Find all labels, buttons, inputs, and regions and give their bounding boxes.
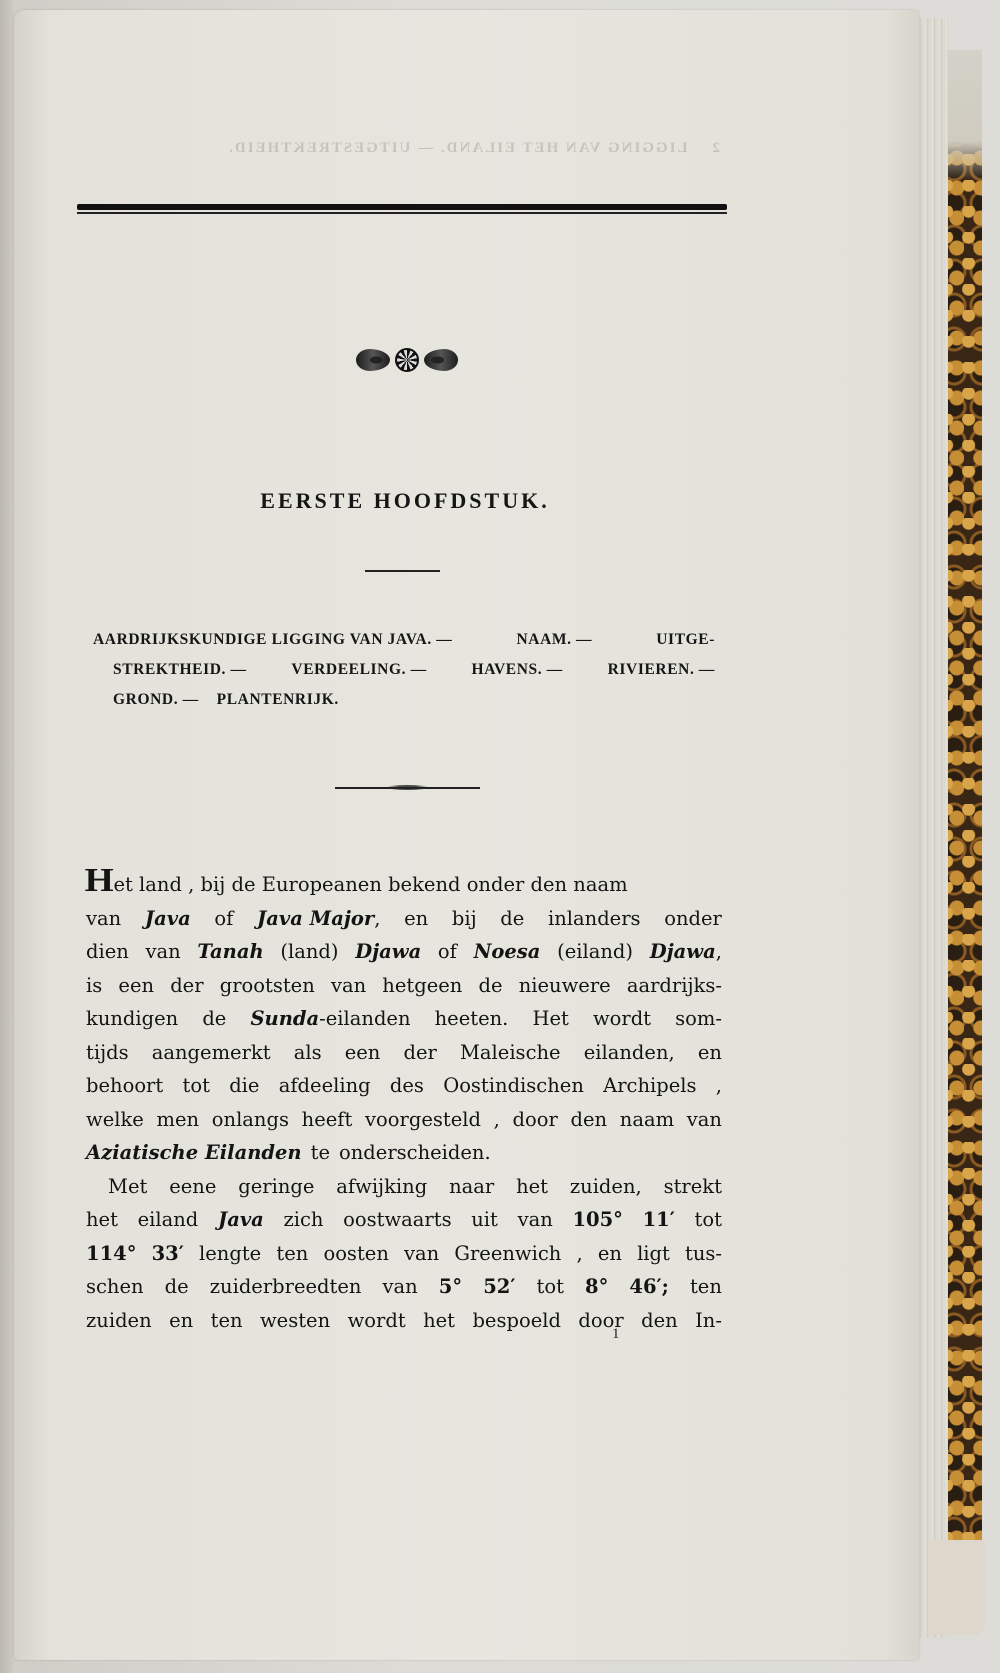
word: onlangs: [212, 1103, 289, 1137]
body-line: kundigendeSunda-eilandenheeten.Hetwordts…: [86, 1002, 722, 1036]
word: en: [404, 902, 428, 936]
word: van: [518, 1203, 553, 1237]
word: ten: [690, 1270, 722, 1304]
word: 114°: [86, 1237, 136, 1271]
rosette-ornament-icon: [395, 348, 419, 372]
word: naam: [620, 1103, 674, 1137]
summary-item: VERDEELING. —: [291, 655, 426, 685]
word: eene: [169, 1170, 216, 1204]
word: ligt: [637, 1237, 670, 1271]
word: Oostindischen: [443, 1069, 584, 1103]
word: heeft: [302, 1103, 353, 1137]
summary-item: PLANTENRIJK.: [217, 691, 339, 708]
facing-page-edge: [0, 0, 14, 1673]
word: van: [146, 935, 181, 969]
word: nieuwere: [519, 969, 611, 1003]
summary-item: STREKTHEID. —: [113, 655, 247, 685]
cover-flyleaf-bottom: [930, 1540, 985, 1635]
italic-term: Aziatische Eilanden: [86, 1136, 302, 1170]
word: aardrijks-: [627, 969, 722, 1003]
word: de: [500, 902, 524, 936]
summary-item: AARDRIJKSKUNDIGE LIGGING VAN JAVA. —: [93, 625, 452, 655]
word: zich: [283, 1203, 323, 1237]
body-line: zuidenentenwestenwordthetbespoelddoorden…: [86, 1304, 722, 1338]
word: ,: [576, 1237, 582, 1271]
italic-term: Tanah: [197, 935, 263, 969]
word: ten: [211, 1304, 243, 1338]
word: oosten: [323, 1237, 388, 1271]
word: van: [86, 902, 121, 936]
word: van: [404, 1237, 439, 1271]
body-line: tijdsaangemerktalseenderMaleischeeilande…: [86, 1036, 722, 1070]
word: der: [403, 1036, 436, 1070]
word: afdeeling: [279, 1069, 371, 1103]
body-line: Aziatische Eilandenteonderscheiden.: [86, 1136, 722, 1170]
word: tot: [537, 1270, 564, 1304]
body-line: vanJavaofJava Major,enbijdeinlandersonde…: [86, 902, 722, 936]
word: bij: [452, 902, 477, 936]
word: 33′: [152, 1237, 184, 1271]
word: en: [698, 1036, 722, 1070]
word: (eiland): [557, 935, 633, 969]
section-divider: [335, 785, 480, 791]
body-line: dienvanTanah(land)DjawaofNoesa(eiland)Dj…: [86, 935, 722, 969]
word: van: [331, 969, 366, 1003]
show-through-running-head: 2 LIGGING VAN HET EILAND. — UITGESTREKTH…: [140, 140, 720, 157]
word: schen: [86, 1270, 144, 1304]
word: kundigen: [86, 1002, 178, 1036]
word: geringe: [238, 1170, 314, 1204]
word: des: [390, 1069, 424, 1103]
body-line-text: et land , bij de Europeanen bekend onder…: [113, 873, 627, 896]
word: 52′: [483, 1270, 515, 1304]
word: en: [169, 1304, 193, 1338]
word: der: [170, 969, 203, 1003]
word: of: [438, 935, 457, 969]
word: eilanden,: [584, 1036, 675, 1070]
word: ten: [276, 1237, 308, 1271]
word: het: [423, 1304, 455, 1338]
body-line: behoorttotdieafdeelingdesOostindischenAr…: [86, 1069, 722, 1103]
body-line: schendezuiderbreedtenvan5°52′tot8°46′;te…: [86, 1270, 722, 1304]
word: westen: [260, 1304, 330, 1338]
word: van: [383, 1270, 418, 1304]
word: onder: [664, 902, 722, 936]
word: 11′: [643, 1203, 675, 1237]
word: 105°: [572, 1203, 622, 1237]
word: behoort: [86, 1069, 163, 1103]
word: te: [311, 1136, 330, 1170]
summary-item: NAAM. —: [516, 625, 592, 655]
summary-item: UITGE-: [656, 625, 715, 655]
italic-term: Djawa: [355, 935, 421, 969]
word: dien: [86, 935, 129, 969]
word: onderscheiden.: [339, 1136, 491, 1170]
word: voorgesteld: [365, 1103, 481, 1137]
word: als: [294, 1036, 322, 1070]
word: 46′;: [629, 1270, 668, 1304]
word: oostwaarts: [343, 1203, 451, 1237]
italic-term: Java: [145, 902, 191, 936]
chapter-summary: AARDRIJKSKUNDIGE LIGGING VAN JAVA. — NAA…: [93, 625, 715, 715]
summary-item: RIVIEREN. —: [608, 655, 715, 685]
word: aangemerkt: [152, 1036, 271, 1070]
word: het: [516, 1170, 548, 1204]
heading-divider: [365, 570, 440, 572]
body-line: iseendergrootstenvanhetgeendenieuwereaar…: [86, 969, 722, 1003]
word: uit: [471, 1203, 498, 1237]
word: Het: [532, 1002, 568, 1036]
italic-term: Java Major,: [257, 902, 380, 936]
word: heeten.: [435, 1002, 509, 1036]
word: of: [214, 902, 233, 936]
book-page: [14, 10, 919, 1660]
word: som-: [675, 1002, 722, 1036]
summary-line: AARDRIJKSKUNDIGE LIGGING VAN JAVA. — NAA…: [93, 625, 715, 655]
body-text: Het land , bij de Europeanen bekend onde…: [86, 868, 722, 1337]
word: tus-: [685, 1237, 722, 1271]
word: strekt: [664, 1170, 722, 1204]
word: tot: [695, 1203, 722, 1237]
body-line: heteilandJavazichoostwaartsuitvan105°11′…: [86, 1203, 722, 1237]
word: tot: [183, 1069, 210, 1103]
word: zuiden: [86, 1304, 152, 1338]
chapter-top-rule: [77, 204, 727, 214]
word: wordt: [593, 1002, 651, 1036]
word: afwijking: [336, 1170, 427, 1204]
italic-term: Sunda-eilanden: [250, 1002, 410, 1036]
word: van: [687, 1103, 722, 1137]
word: de: [202, 1002, 226, 1036]
word: inlanders: [548, 902, 641, 936]
word: Greenwich: [454, 1237, 561, 1271]
word: naar: [449, 1170, 494, 1204]
show-through-page-number: 2: [711, 140, 721, 156]
summary-item: HAVENS. —: [472, 655, 563, 685]
word: eiland: [138, 1203, 199, 1237]
summary-line: GROND. — PLANTENRIJK.: [93, 685, 715, 715]
word: In-: [695, 1304, 722, 1338]
word: zuiderbreedten: [210, 1270, 362, 1304]
body-line: 114°33′lengtetenoostenvanGreenwich,enlig…: [86, 1237, 722, 1271]
word: grootsten: [220, 969, 315, 1003]
italic-term: Java: [218, 1203, 264, 1237]
word: wordt: [348, 1304, 406, 1338]
word: en: [598, 1237, 622, 1271]
show-through-running-head-text: LIGGING VAN HET EILAND. — UITGESTREKTHEI…: [227, 140, 687, 156]
word: ,: [494, 1103, 500, 1137]
italic-term: Noesa: [474, 935, 541, 969]
summary-item: GROND. —: [113, 691, 199, 708]
word: de: [165, 1270, 189, 1304]
leaf-ornament-icon: [356, 349, 390, 371]
leaf-ornament-icon: [424, 349, 458, 371]
italic-term: Djawa,: [650, 935, 722, 969]
word: (land): [280, 935, 338, 969]
word: het: [86, 1203, 118, 1237]
drop-cap: H: [85, 868, 114, 894]
word: die: [229, 1069, 259, 1103]
word: tijds: [86, 1036, 129, 1070]
word: de: [479, 969, 503, 1003]
word: bespoeld: [472, 1304, 561, 1338]
word: 8°: [585, 1270, 608, 1304]
word: 5°: [439, 1270, 462, 1304]
word: is: [86, 969, 102, 1003]
word: ,: [716, 1069, 722, 1103]
word: Archipels: [603, 1069, 696, 1103]
chapter-heading: EERSTE HOOFDSTUK.: [0, 488, 810, 514]
word: een: [345, 1036, 381, 1070]
word: hetgeen: [382, 969, 462, 1003]
word: door: [513, 1103, 558, 1137]
word: den: [641, 1304, 678, 1338]
fleuron-ornament-icon: [356, 345, 458, 375]
summary-line: STREKTHEID. — VERDEELING. — HAVENS. — RI…: [93, 655, 715, 685]
word: men: [157, 1103, 200, 1137]
body-line: welkemenonlangsheeftvoorgesteld,doordenn…: [86, 1103, 722, 1137]
body-line: Meteenegeringeafwijkingnaarhetzuiden,str…: [86, 1170, 722, 1204]
page-number: 1: [612, 1326, 620, 1343]
word: den: [571, 1103, 608, 1137]
page-block-edges: [915, 18, 948, 1638]
word: een: [118, 969, 154, 1003]
word: welke: [86, 1103, 144, 1137]
body-line: Het land , bij de Europeanen bekend onde…: [86, 868, 722, 902]
word: lengte: [199, 1237, 261, 1271]
word: zuiden,: [570, 1170, 642, 1204]
word: Met: [108, 1170, 147, 1204]
word: Maleische: [460, 1036, 561, 1070]
